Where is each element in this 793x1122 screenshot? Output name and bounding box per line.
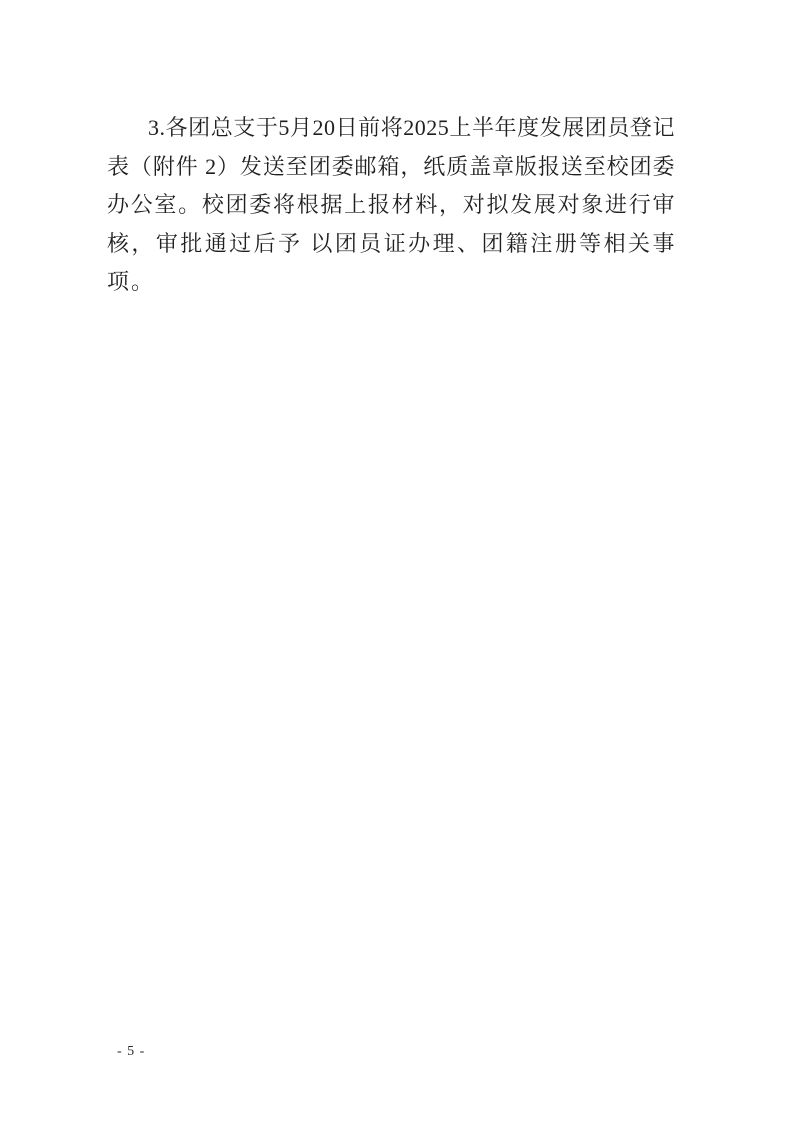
paragraph-line: 表（附件 2）发送至团委邮箱，纸质盖章版报送至校团委 bbox=[107, 148, 675, 187]
paragraph-line: 办公室。校团委将根据上报材料，对拟发展对象进行审 bbox=[107, 186, 675, 225]
paragraph: 3.各团总支于5月20日前将2025上半年度发展团员登记 表（附件 2）发送至团… bbox=[107, 109, 675, 302]
paragraph-line: 项。 bbox=[107, 263, 675, 302]
paragraph-line: 核，审批通过后予 以团员证办理、团籍注册等相关事 bbox=[107, 225, 675, 264]
document-page: 3.各团总支于5月20日前将2025上半年度发展团员登记 表（附件 2）发送至团… bbox=[0, 0, 793, 1122]
paragraph-line: 3.各团总支于5月20日前将2025上半年度发展团员登记 bbox=[107, 109, 675, 148]
page-number: - 5 - bbox=[117, 1043, 145, 1061]
